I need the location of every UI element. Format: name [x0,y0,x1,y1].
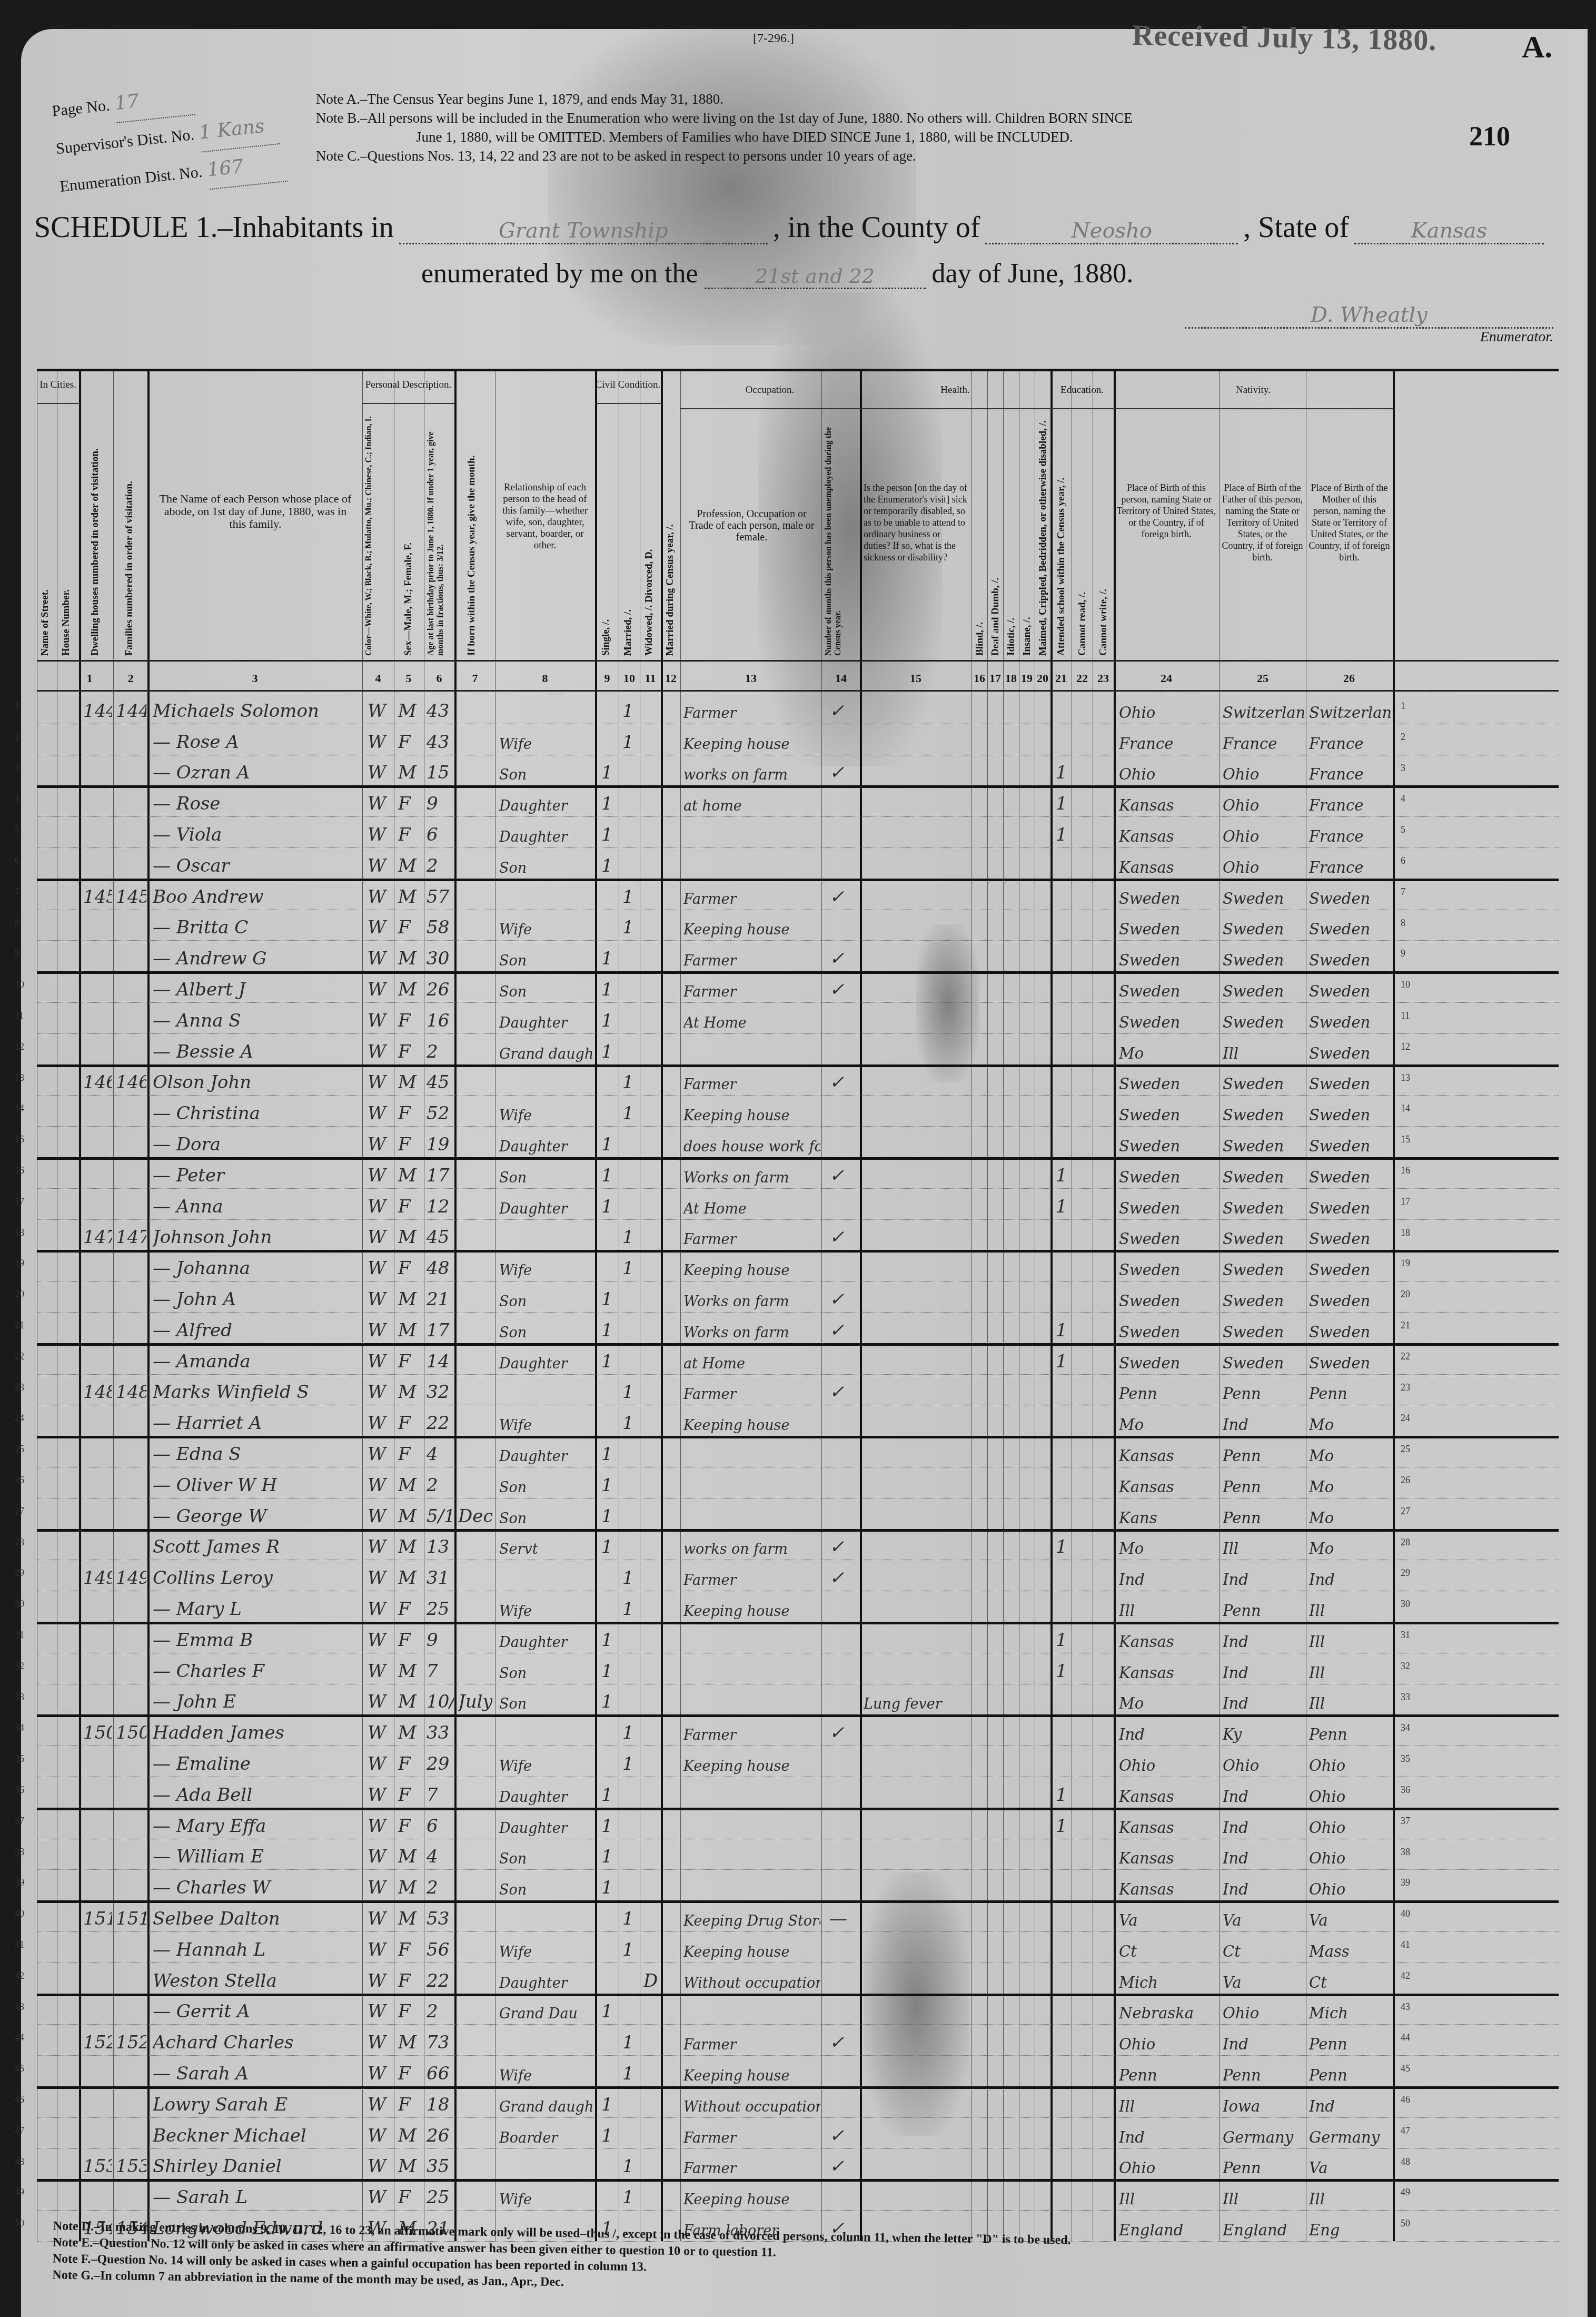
occupation: Keeping house [683,922,820,938]
color: W [368,948,393,969]
relationship: Wife [499,1944,594,1960]
column-number: 14 [830,672,851,685]
relationship: Daughter [499,1139,594,1155]
unemployed-mark: ✓ [829,886,856,908]
col-6-age: Age at last birthday prior to June 1, 18… [427,408,453,656]
sex: F [398,1816,423,1837]
county-value: Neosho [985,219,1238,244]
col-23-cannot-write: Cannot write, /. [1098,545,1109,656]
color: W [368,1846,393,1867]
col-5-sex: Sex—Male, M.; Female, F. [403,408,414,656]
sex: F [398,2094,423,2115]
sex: F [398,1103,423,1124]
sex: F [398,1444,423,1465]
color: W [368,1784,393,1806]
column-number: 24 [1156,672,1177,685]
father-birthplace: Ind [1223,1633,1304,1651]
married-mark: 1 [622,1567,638,1589]
note-b-cont: June 1, 1880, will be OMITTED. Members o… [316,127,1527,146]
single-mark: 1 [601,1691,617,1712]
mother-birthplace: Eng [1309,2221,1391,2239]
family-number: 146 [116,1072,146,1093]
line-number-left: 25 [15,1444,24,1455]
age: 22 [427,1970,454,1991]
father-birthplace: Penn [1223,2159,1304,2177]
occupation: At Home [683,1201,820,1217]
married-mark: 1 [622,1413,638,1434]
line-number-left: 7 [15,886,19,898]
sex: F [398,1599,423,1620]
father-birthplace: Sweden [1223,1261,1304,1279]
relationship: Daughter [499,1448,594,1465]
line-number-right: 40 [1401,1908,1410,1919]
table-row: 3939— Charles WWM2Son1KansasIndOhio [37,1869,1559,1903]
column-number: 25 [1252,672,1273,685]
line-number-right: 25 [1401,1444,1410,1455]
relationship: Daughter [499,1201,594,1217]
unemployed-mark: ✓ [829,1536,856,1557]
father-birthplace: Penn [1223,1447,1304,1465]
group-in-cities: In Cities. [37,379,79,391]
table-row: 1919— JohannaWF48Wife1Keeping houseSwede… [37,1250,1559,1281]
dwelling-number: 150 [83,1722,112,1743]
birthplace: Sweden [1119,1106,1216,1124]
birthplace: Mo [1119,1044,1216,1062]
relationship: Son [499,860,594,876]
father-birthplace: Penn [1223,1509,1304,1527]
relationship: Grand daughter [499,2099,594,2115]
person-name: Boo Andrew [153,886,361,908]
age: 66 [427,2063,454,2084]
group-civil-condition: Civil Condition. [595,379,661,391]
occupation: works on farm [683,767,820,783]
father-birthplace: Ohio [1223,765,1304,783]
birthplace: Sweden [1119,1199,1216,1217]
unemployed-mark: ✓ [829,701,856,722]
father-birthplace: Ct [1223,1943,1304,1960]
mother-birthplace: Sweden [1309,951,1391,969]
line-number-right: 4 [1401,793,1405,804]
father-birthplace: Germany [1223,2128,1304,2146]
single-mark: 1 [601,1134,617,1155]
occupation: Farmer [683,1572,820,1589]
line-number-right: 38 [1401,1847,1410,1858]
sex: M [398,1722,423,1743]
person-name: Lowry Sarah E [153,2094,361,2115]
relationship: Daughter [499,1975,594,1991]
occupation: Farmer [683,984,820,1000]
birthplace: Kansas [1119,1664,1216,1682]
birthplace: France [1119,735,1216,753]
age: 12 [427,1196,454,1217]
line-number-left: 14 [15,1103,24,1114]
birthplace: Ill [1119,2097,1216,2115]
occupation: at home [683,798,820,814]
line-number-left: 47 [15,2125,24,2136]
age: 7 [427,1784,454,1806]
mother-birthplace: Penn [1309,2066,1391,2084]
married-mark: 1 [622,2032,638,2053]
married-mark: 1 [622,917,638,938]
line-number-left: 23 [15,1382,24,1393]
age: 53 [427,1908,454,1929]
birthplace: Ohio [1119,1757,1216,1774]
sex: F [398,1970,423,1991]
single-mark: 1 [601,1630,617,1651]
table-row: 1717— AnnaWF12Daughter1At Home1SwedenSwe… [37,1188,1559,1220]
line-number-right: 20 [1401,1289,1410,1300]
dwelling-number: 153 [83,2156,112,2177]
single-mark: 1 [601,824,617,845]
line-number-left: 45 [15,2063,24,2074]
relationship: Grand Dau [499,2006,594,2022]
mother-birthplace: France [1309,765,1391,783]
sex: F [398,1753,423,1774]
line-number-left: 39 [15,1877,24,1888]
state-value: Kansas [1354,219,1544,244]
occupation: Keeping house [683,1758,820,1774]
occupation: Farmer [683,2161,820,2177]
occupation: Keeping house [683,1603,820,1620]
father-birthplace: Ohio [1223,859,1304,876]
family-number: 150 [116,1722,146,1743]
unemployed-mark: ✓ [829,2125,856,2146]
color: W [368,2001,393,2022]
line-number-right: 31 [1401,1630,1410,1641]
father-birthplace: Sweden [1223,1230,1304,1248]
color: W [368,1506,393,1527]
col-21-school: Attended school within the Census year, … [1056,445,1067,656]
occupation: Farmer [683,953,820,969]
table-row: 2222— AmandaWF14Daughter1at Home1SwedenS… [37,1343,1559,1375]
occupation: Keeping house [683,1263,820,1279]
table-row: 3232— Charles FWM7Son11KansasIndIll [37,1653,1559,1684]
mother-birthplace: Ill [1309,1602,1391,1620]
single-mark: 1 [601,1661,617,1682]
color: W [368,1691,393,1712]
table-row: 4949— Sarah LWF25Wife1Keeping houseIllIl… [37,2179,1559,2211]
father-birthplace: Switzerland [1223,704,1304,722]
father-birthplace: Ky [1223,1726,1304,1743]
family-number: 148 [116,1382,146,1403]
sex: M [398,1877,423,1898]
relationship: Son [499,1851,594,1867]
occupation: Without occupation [683,1975,820,1991]
col-24-birthplace: Place of Birth of this person, naming St… [1116,482,1216,540]
person-name: — Albert J [153,979,361,1000]
age: 19 [427,1134,454,1155]
column-number: 6 [429,672,450,685]
col-17-deaf-dumb: Deaf and Dumb, /. [990,529,1002,656]
relationship: Son [499,1511,594,1527]
column-number: 20 [1032,672,1053,685]
relationship: Wife [499,2068,594,2084]
person-name: Michaels Solomon [153,701,361,722]
mother-birthplace: Penn [1309,2035,1391,2053]
single-mark: 1 [601,948,617,969]
sex: M [398,701,423,722]
mother-birthplace: Ill [1309,1664,1391,1682]
column-number: 26 [1339,672,1360,685]
school-mark: 1 [1056,1784,1072,1806]
color: W [368,1134,393,1155]
relationship: Son [499,1294,594,1310]
mother-birthplace: Sweden [1309,1261,1391,1279]
father-birthplace: Iowa [1223,2097,1304,2115]
line-number-right: 46 [1401,2094,1410,2105]
person-name: — John E [153,1691,361,1712]
single-mark: 1 [601,1351,617,1372]
mother-birthplace: Ohio [1309,1757,1391,1774]
line-number-left: 5 [15,824,19,835]
age: 25 [427,2187,454,2208]
column-number: 2 [120,672,141,685]
sex: F [398,2187,423,2208]
mother-birthplace: Penn [1309,1385,1391,1403]
age: 7 [427,1661,454,1682]
school-mark: 1 [1056,824,1072,845]
line-number-right: 35 [1401,1753,1410,1764]
line-number-left: 28 [15,1537,24,1548]
person-name: Johnson John [153,1227,361,1248]
enumerator-signature-block: D. Wheatly Enumerator. [1132,303,1553,346]
birthplace: Sweden [1119,1168,1216,1186]
married-mark: 1 [622,1753,638,1774]
line-number-left: 18 [15,1227,24,1238]
color: W [368,1877,393,1898]
single-mark: 1 [601,1536,617,1557]
column-number: 23 [1093,672,1114,685]
color: W [368,1227,393,1248]
column-number: 13 [740,672,761,685]
line-number-left: 16 [15,1165,24,1176]
sex: M [398,1227,423,1248]
note-a: Note A.–The Census Year begins June 1, 1… [316,90,1527,109]
relationship: Son [499,984,594,1000]
father-birthplace: Ohio [1223,796,1304,814]
sex: M [398,1506,423,1527]
person-name: Shirley Daniel [153,2156,361,2177]
birthplace: Sweden [1119,1354,1216,1372]
relationship: Son [499,1480,594,1496]
occupation: Keeping house [683,1417,820,1434]
father-birthplace: Sweden [1223,1137,1304,1155]
age: 15 [427,762,454,783]
line-number-left: 33 [15,1692,24,1703]
occupation: Farmer [683,2037,820,2053]
unemployed-mark: ✓ [829,1072,856,1093]
relationship: Wife [499,736,594,753]
father-birthplace: Ill [1223,1540,1304,1557]
birthplace: Kansas [1119,1788,1216,1806]
group-nativity: Nativity. [1114,384,1393,396]
mother-birthplace: Sweden [1309,920,1391,938]
mother-birthplace: Switzerland [1309,704,1391,722]
age: 29 [427,1753,454,1774]
sex: F [398,1010,423,1031]
mother-birthplace: Sweden [1309,1292,1391,1310]
person-name: — Oscar [153,855,361,876]
age: 57 [427,886,454,908]
person-name: — John A [153,1289,361,1310]
table-row: 4747Beckner MichaelWM26Boarder1Farmer✓In… [37,2117,1559,2149]
table-row: 2020— John AWM21Son1Works on farm✓Sweden… [37,1281,1559,1313]
age: 26 [427,979,454,1000]
col-11-widowed: Widowed, /. Divorced, D. [643,408,655,656]
line-number-right: 42 [1401,1970,1410,1981]
single-mark: 1 [601,1196,617,1217]
birth-month: July [458,1691,492,1712]
sex: F [398,917,423,938]
birthplace: Ind [1119,1571,1216,1589]
column-number: 7 [464,672,485,685]
col-25-father-birthplace: Place of Birth of the Father of this per… [1222,482,1303,563]
unemployed-mark: ✓ [829,1722,856,1743]
line-number-right: 16 [1401,1165,1410,1176]
single-mark: 1 [601,1784,617,1806]
relationship: Wife [499,2192,594,2208]
father-birthplace: Penn [1223,2066,1304,2084]
table-row: 4242Weston StellaWF22DaughterDWithout oc… [37,1963,1559,1996]
color: W [368,1630,393,1651]
age: 16 [427,1010,454,1031]
age: 35 [427,2156,454,2177]
relationship: Son [499,767,594,783]
married-mark: 1 [622,1103,638,1124]
age: 45 [427,1072,454,1093]
relationship: Daughter [499,1015,594,1031]
father-birthplace: Sweden [1223,951,1304,969]
relationship: Wife [499,1758,594,1774]
age: 58 [427,917,454,938]
birthplace: Mo [1119,1416,1216,1434]
age: 17 [427,1320,454,1341]
enumerator-signature: D. Wheatly [1185,303,1553,329]
age: 13 [427,1536,454,1557]
district-info: Page No.17 Supervisor's Dist. No.1 Kans … [50,68,288,205]
line-number-right: 14 [1401,1103,1410,1114]
married-mark: 1 [622,2156,638,2177]
line-number-right: 45 [1401,2063,1410,2074]
mother-birthplace: Mo [1309,1478,1391,1496]
sex: M [398,1691,423,1712]
color: W [368,1010,393,1031]
birthplace: Ohio [1119,2035,1216,2053]
relationship: Wife [499,1263,594,1279]
birthplace: Kans [1119,1509,1216,1527]
line-number-right: 3 [1401,763,1405,774]
line-number-right: 8 [1401,918,1405,929]
sex: F [398,2001,423,2022]
single-mark: 1 [601,2125,617,2146]
dwelling-number: 145 [83,886,112,908]
married-mark: 1 [622,701,638,722]
line-number-left: 31 [15,1630,24,1641]
color: W [368,793,393,814]
col-14-unemployed: Number of months this person has been un… [824,413,856,656]
table-row: 2323148148Marks Winfield SWM321Farmer✓Pe… [37,1374,1559,1406]
schedule-label: SCHEDULE 1.–Inhabitants in [34,211,394,244]
line-number-right: 32 [1401,1661,1410,1672]
birthplace: Sweden [1119,951,1216,969]
birthplace: Nebraska [1119,2004,1216,2022]
age: 9 [427,1630,454,1651]
line-number-left: 34 [15,1722,24,1733]
table-row: 66— OscarWM2Son1KansasOhioFrance [37,847,1559,881]
married-mark: 1 [622,886,638,908]
occupation: does house work for home [683,1139,820,1155]
sex: M [398,2032,423,2053]
age: 2 [427,1877,454,1898]
dwelling-number: 146 [83,1072,112,1093]
age: 17 [427,1165,454,1186]
line-number-right: 2 [1401,732,1405,743]
mother-birthplace: Sweden [1309,1354,1391,1372]
father-birthplace: Penn [1223,1602,1304,1620]
line-number-right: 6 [1401,855,1405,866]
single-mark: 1 [601,1010,617,1031]
mother-birthplace: Sweden [1309,1230,1391,1248]
age: 6 [427,1816,454,1837]
table-row: 3535— EmalineWF29Wife1Keeping houseOhioO… [37,1746,1559,1777]
line-number-right: 10 [1401,979,1410,990]
age: 43 [427,732,454,753]
person-name: — William E [153,1846,361,1867]
person-name: — George W [153,1506,361,1527]
sex: M [398,2125,423,2146]
age: 48 [427,1258,454,1279]
father-birthplace: Sweden [1223,1199,1304,1217]
line-number-right: 1 [1401,701,1405,712]
birthplace: Sweden [1119,1261,1216,1279]
occupation: Farmer [683,1727,820,1743]
father-birthplace: Ind [1223,1664,1304,1682]
person-name: Collins Leroy [153,1567,361,1589]
divorced-mark: D [643,1970,659,1991]
single-mark: 1 [601,1506,617,1527]
group-personal-description: Personal Description. [362,379,454,391]
line-number-right: 7 [1401,886,1405,898]
person-name: — Oliver W H [153,1475,361,1496]
single-mark: 1 [601,1816,617,1837]
father-birthplace: Ind [1223,1416,1304,1434]
color: W [368,2094,393,2115]
county-label: , in the County of [773,211,980,244]
father-birthplace: Sweden [1223,1013,1304,1031]
father-birthplace: England [1223,2221,1304,2239]
dwelling-number: 148 [83,1382,112,1403]
unemployed-mark: ✓ [829,1320,856,1341]
single-mark: 1 [601,2001,617,2022]
person-name: — Rose [153,793,361,814]
person-name: — Rose A [153,732,361,753]
birthplace: Sweden [1119,1013,1216,1031]
col-12-married-census-year: Married during Census year, /. [665,408,676,656]
father-birthplace: Sweden [1223,920,1304,938]
mother-birthplace: Mass [1309,1943,1391,1960]
sex: M [398,948,423,969]
column-number: 1 [79,672,100,685]
dwelling-number: 147 [83,1227,112,1248]
mother-birthplace: France [1309,796,1391,814]
father-birthplace: Sweden [1223,1106,1304,1124]
line-number-left: 22 [15,1351,24,1362]
person-name: — Britta C [153,917,361,938]
sex: F [398,1630,423,1651]
family-number: 152 [116,2032,146,2053]
col-4-color: Color—White, W.; Black, B.; Mulatto, Mu.… [364,408,391,656]
age: 32 [427,1382,454,1403]
